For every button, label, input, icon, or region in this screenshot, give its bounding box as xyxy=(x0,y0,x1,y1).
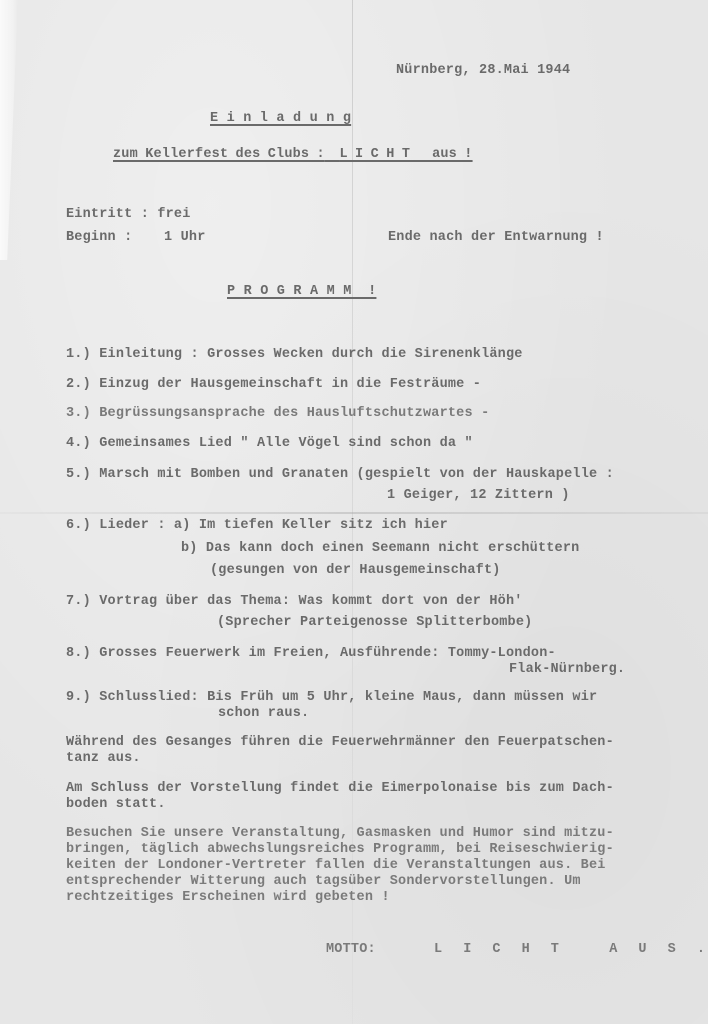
subtitle: zum Kellerfest des Clubs : L I C H T aus… xyxy=(113,147,473,163)
item-text: Begrüssungsansprache des Hausluftschutzw… xyxy=(99,406,489,421)
item-text: Gemeinsames Lied " Alle Vögel sind schon… xyxy=(99,436,473,451)
program-heading: P R O G R A M M ! xyxy=(227,284,376,300)
item-text: Schlusslied: Bis Früh um 5 Uhr, kleine M… xyxy=(99,690,597,705)
program-item: 6.) Lieder : a) Im tiefen Keller sitz ic… xyxy=(66,518,448,534)
program-item: 4.) Gemeinsames Lied " Alle Vögel sind s… xyxy=(66,436,473,452)
paragraph-line: keiten der Londoner-Vertreter fallen die… xyxy=(66,858,606,874)
item-number: 3.) xyxy=(66,406,91,421)
item-text: Grosses Feuerwerk im Freien, Ausführende… xyxy=(99,646,556,661)
item-number: 5.) xyxy=(66,467,91,482)
program-item: 2.) Einzug der Hausgemeinschaft in die F… xyxy=(66,377,481,393)
item-sub-b: b) Das kann doch einen Seemann nicht ers… xyxy=(181,541,579,557)
item-text: Vortrag über das Thema: Was kommt dort v… xyxy=(99,594,522,609)
paragraph-line: Während des Gesanges führen die Feuerweh… xyxy=(66,735,614,751)
paragraph-line: Besuchen Sie unsere Veranstaltung, Gasma… xyxy=(66,826,614,842)
item-text: Einzug der Hausgemeinschaft in die Festr… xyxy=(99,377,481,392)
item-number: 7.) xyxy=(66,594,91,609)
item-text: Marsch mit Bomben und Granaten (gespielt… xyxy=(99,467,614,482)
horizontal-fold-crease xyxy=(0,512,708,514)
place-date: Nürnberg, 28.Mai 1944 xyxy=(396,63,570,79)
item-continuation: (gesungen von der Hausgemeinschaft) xyxy=(210,563,501,579)
item-number: 2.) xyxy=(66,377,91,392)
program-item: 9.) Schlusslied: Bis Früh um 5 Uhr, klei… xyxy=(66,690,597,706)
paragraph-line: bringen, täglich abwechslungsreiches Pro… xyxy=(66,842,614,858)
admission-line: Eintritt : frei xyxy=(66,207,191,223)
paragraph-line: boden statt. xyxy=(66,797,166,813)
program-item: 7.) Vortrag über das Thema: Was kommt do… xyxy=(66,594,523,610)
motto-label: MOTTO: xyxy=(326,942,376,958)
item-text: Einleitung : Grosses Wecken durch die Si… xyxy=(99,347,522,362)
paragraph-line: rechtzeitiges Erscheinen wird gebeten ! xyxy=(66,890,390,906)
program-item: 1.) Einleitung : Grosses Wecken durch di… xyxy=(66,347,523,363)
item-continuation: schon raus. xyxy=(218,706,309,722)
item-number: 1.) xyxy=(66,347,91,362)
item-text: Lieder : a) Im tiefen Keller sitz ich hi… xyxy=(99,518,448,533)
start-label: Beginn : xyxy=(66,230,132,246)
admission-label: Eintritt : xyxy=(66,207,149,222)
item-number: 8.) xyxy=(66,646,91,661)
paragraph-line: tanz aus. xyxy=(66,751,141,767)
end-note: Ende nach der Entwarnung ! xyxy=(388,230,604,246)
document-title: E i n l a d u n g xyxy=(210,111,351,127)
start-value: 1 Uhr xyxy=(164,230,206,246)
item-number: 6.) xyxy=(66,518,91,533)
program-item: 8.) Grosses Feuerwerk im Freien, Ausführ… xyxy=(66,646,556,662)
admission-value: frei xyxy=(157,207,190,222)
paragraph-line: entsprechender Witterung auch tagsüber S… xyxy=(66,874,581,890)
paragraph-line: Am Schluss der Vorstellung findet die Ei… xyxy=(66,781,614,797)
item-continuation: (Sprecher Parteigenosse Splitterbombe) xyxy=(217,615,532,631)
program-item: 5.) Marsch mit Bomben und Granaten (gesp… xyxy=(66,467,614,483)
club-name: L I C H T aus ! xyxy=(339,147,472,162)
item-number: 4.) xyxy=(66,436,91,451)
subtitle-prefix: zum Kellerfest des Clubs : xyxy=(113,147,325,162)
program-item: 3.) Begrüssungsansprache des Hausluftsch… xyxy=(66,406,489,422)
item-number: 9.) xyxy=(66,690,91,705)
item-continuation: 1 Geiger, 12 Zittern ) xyxy=(387,488,570,504)
item-continuation: Flak-Nürnberg. xyxy=(509,662,625,678)
motto-value: L I C H T A U S . xyxy=(434,942,708,958)
